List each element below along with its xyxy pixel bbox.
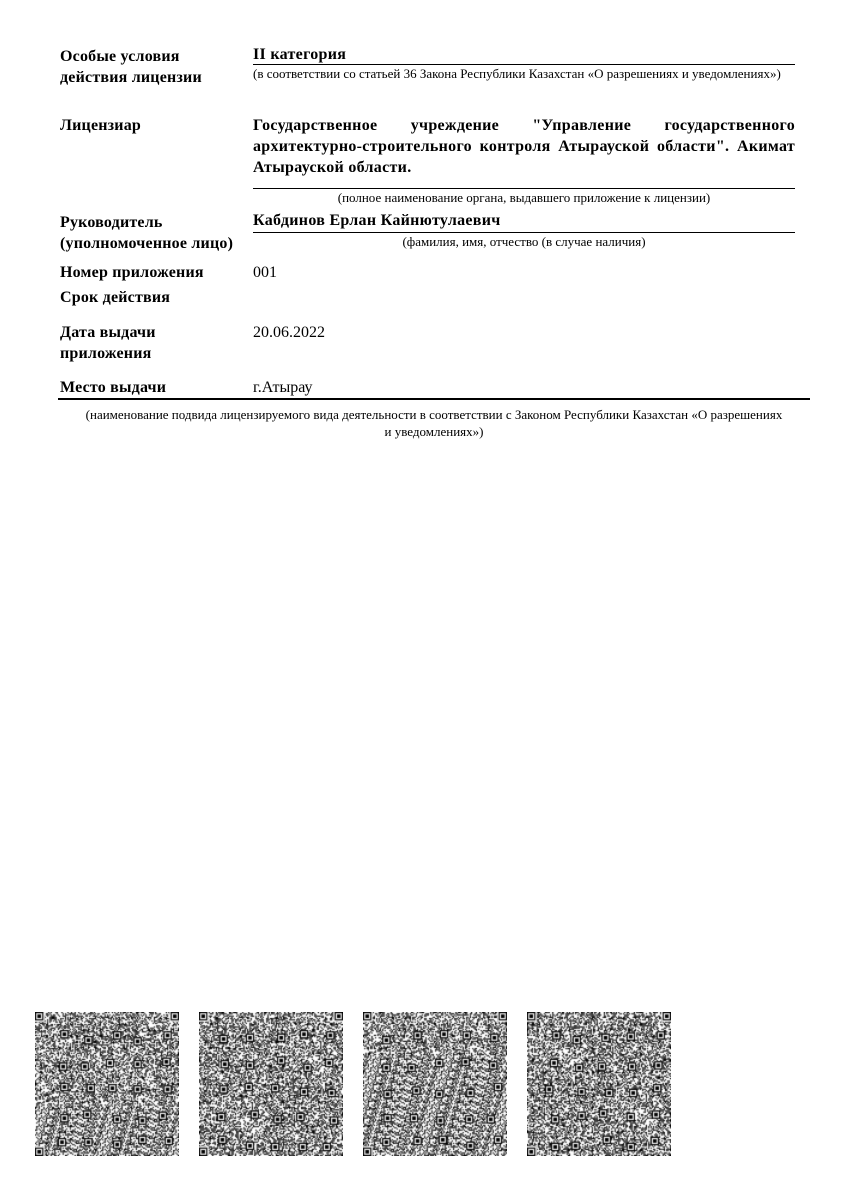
qr-codes: [35, 1012, 671, 1156]
field-validity: Срок действия: [60, 287, 795, 308]
qr-code-3: [363, 1012, 507, 1156]
field-appendix-number: Номер приложения 001: [60, 262, 795, 283]
licensor-label: Лицензиар: [60, 115, 253, 136]
field-issue-place: Место выдачи г.Атырау: [60, 377, 795, 398]
special-conditions-note: (в соответствии со статьей 36 Закона Рес…: [253, 65, 795, 82]
licensor-note: (полное наименование органа, выдавшего п…: [253, 189, 795, 206]
appendix-number-label: Номер приложения: [60, 262, 253, 283]
head-note: (фамилия, имя, отчество (в случае наличи…: [253, 233, 795, 250]
issue-date-label: Дата выдачиприложения: [60, 322, 253, 364]
special-conditions-value: II категория: [253, 46, 795, 65]
footer-note: (наименование подвида лицензируемого вид…: [58, 406, 810, 440]
licensor-value: Государственное учреждение "Управление г…: [253, 115, 795, 189]
issue-place-value: г.Атырау: [253, 377, 795, 398]
special-conditions-valuecol: II категория (в соответствии со статьей …: [253, 46, 795, 82]
field-head: Руководитель(уполномоченное лицо) Кабдин…: [60, 212, 795, 254]
appendix-number-valuecol: 001: [253, 262, 795, 283]
special-conditions-label: Особые условиядействия лицензии: [60, 46, 253, 88]
license-appendix-page: Особые условиядействия лицензии II катег…: [0, 0, 849, 1200]
footer-divider-line: [58, 398, 810, 400]
field-issue-date: Дата выдачиприложения 20.06.2022: [60, 322, 795, 364]
issue-place-valuecol: г.Атырау: [253, 377, 795, 398]
head-valuecol: Кабдинов Ерлан Кайнютулаевич (фамилия, и…: [253, 212, 795, 250]
qr-code-2: [199, 1012, 343, 1156]
qr-code-4: [527, 1012, 671, 1156]
licensor-valuecol: Государственное учреждение "Управление г…: [253, 115, 795, 206]
document-body: Особые условиядействия лицензии II катег…: [60, 46, 795, 440]
issue-date-value: 20.06.2022: [253, 322, 795, 343]
head-value: Кабдинов Ерлан Кайнютулаевич: [253, 212, 795, 233]
issue-date-valuecol: 20.06.2022: [253, 322, 795, 343]
validity-label: Срок действия: [60, 287, 253, 308]
qr-code-1: [35, 1012, 179, 1156]
appendix-number-value: 001: [253, 262, 795, 283]
field-licensor: Лицензиар Государственное учреждение "Уп…: [60, 115, 795, 206]
field-special-conditions: Особые условиядействия лицензии II катег…: [60, 46, 795, 88]
issue-place-label: Место выдачи: [60, 377, 253, 398]
head-label: Руководитель(уполномоченное лицо): [60, 212, 253, 254]
